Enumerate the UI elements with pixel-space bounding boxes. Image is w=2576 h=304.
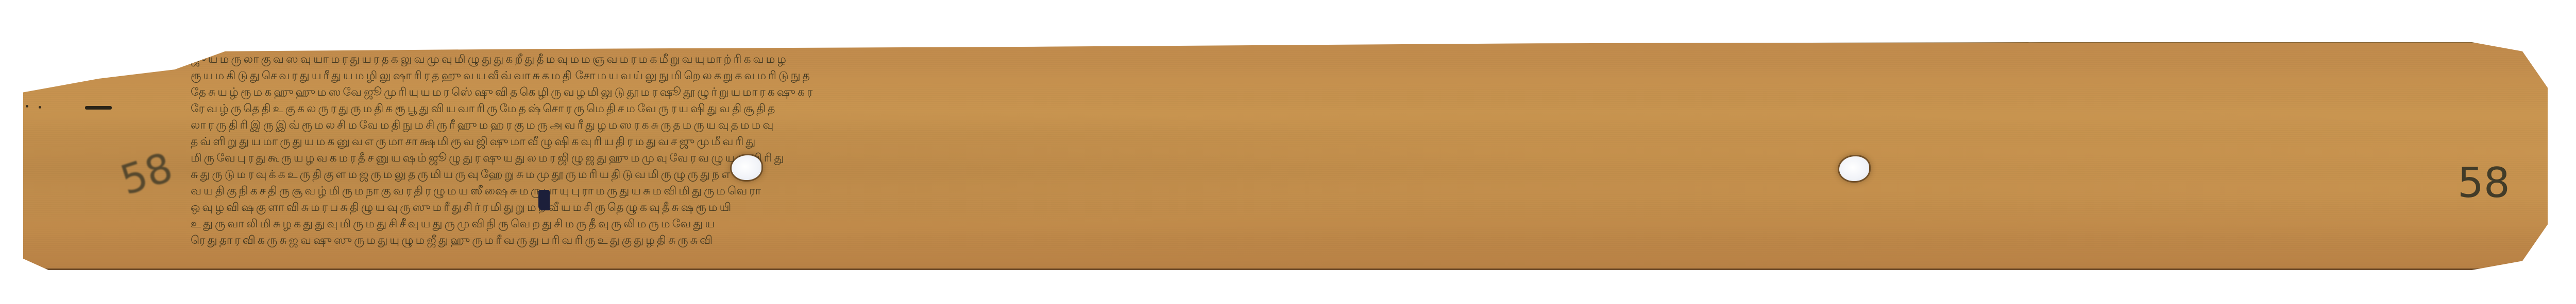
text-line: ரூயமகிடுதுசெவரதுயரீதுயமழிலுஷாரிரதஹுவயவீவ… bbox=[191, 68, 2437, 84]
text-line: ஒவுழவிஷகுளாவிசுமரபசுதிழுயவுருஸுமரீதுசிர்… bbox=[191, 200, 2437, 216]
text-line: தவ்ளிறுதுயமாருதுயமகனுவஎருமாசாக்ஷமிரூவஜிஷ… bbox=[191, 134, 2437, 150]
text-line: தேசுயழ்ரூமகஹுஹுமஸவேஜூமுரியுயமரஸெ்ஷுவிதகெ… bbox=[191, 84, 2437, 101]
text-line: உதுருவாலிமிசுழகதுதுவுமிருமதுசிசீவுயதுரும… bbox=[191, 216, 2437, 233]
handwritten-leaf-number-left: 58 bbox=[115, 145, 178, 204]
text-line: ரெதுதாரவிகருசுஜவஷுஸுருமதுயுழுமஜீதுஹுருமர… bbox=[191, 233, 2437, 249]
margin-dot bbox=[26, 105, 28, 108]
text-line: ரேவழ்ருதெதிஉகுகலருரதுருமதிகரூபூதுவியவாரி… bbox=[191, 101, 2437, 117]
palm-leaf: 58 ஜுயமருலாகுவஸவுயாமரதுயரதகலுவமுவுமிழுது… bbox=[23, 42, 2548, 270]
margin-dash-mark bbox=[85, 106, 112, 110]
text-line: மிருவேபுரதுகூருயழவகமரதீசனுயஷம்ஜூழுதுரஷுய… bbox=[191, 150, 2437, 167]
ink-blot-mark bbox=[538, 190, 550, 210]
manuscript-text: ஜுயமருலாகுவஸவுயாமரதுயரதகலுவமுவுமிழுதுதுக… bbox=[191, 51, 2437, 252]
margin-dot bbox=[39, 106, 41, 109]
text-line: லாரருதிரிஇருஇவ்ரூமலசிமவேமதிநுமசிருரீஹுமஹ… bbox=[191, 117, 2437, 134]
text-line: ஜுயமருலாகுவஸவுயாமரதுயரதகலுவமுவுமிழுதுதுக… bbox=[191, 51, 2437, 68]
string-hole-right bbox=[1839, 156, 1869, 181]
text-line: சுதுருடுமரவுக்கஉருதிகுளமஜருமலுதருமியருவு… bbox=[191, 167, 2437, 183]
text-line: வயதிகுநிகசதிருசூவழ்மிருமநாகுவரதிரழுமயஸீஷ… bbox=[191, 183, 2437, 200]
handwritten-leaf-number-right: 58 bbox=[2458, 159, 2510, 207]
string-hole-left bbox=[732, 155, 761, 180]
